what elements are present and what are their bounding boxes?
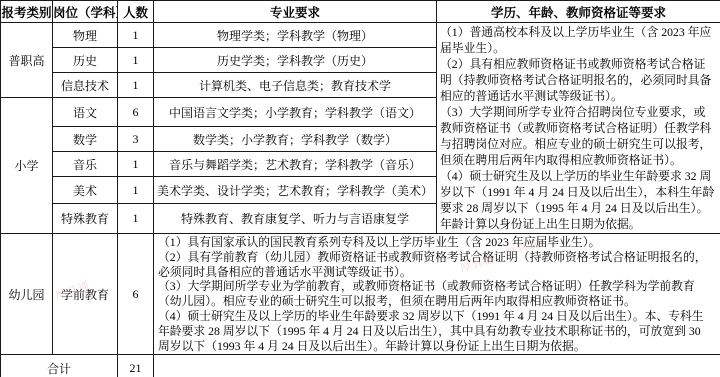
requirement-item-3: （3）大学期间所学专业符合招聘岗位专业要求，或教师资格证书（或教师资格考试合格证… — [440, 104, 716, 168]
kindergarten-requirement-2: （2）具有学前教育（幼儿园）教师资格证书或教师资格考试合格证明（持教师资格考试合… — [158, 250, 715, 280]
table-row-total: 合计 21 — [1, 355, 720, 377]
recruitment-table-page: 报考类别 岗位（学科） 人数 专业要求 学历、年龄、教师资格证等要求 普职高 物… — [0, 0, 720, 377]
position-special-ed: 特殊教育 — [53, 204, 118, 234]
count-it: 1 — [118, 73, 154, 98]
table-row-kindergarten: 幼儿园 学前教育 6 （1）具有国家承认的国民教育系列专科及以上学历毕业生（含 … — [1, 234, 720, 355]
count-special-ed: 1 — [118, 204, 154, 234]
major-it: 计算机类、电子信息类；教育技术学 — [154, 73, 437, 98]
header-position: 岗位（学科） — [53, 1, 118, 23]
header-category: 报考类别 — [1, 1, 53, 23]
kindergarten-requirement-3: （3）大学期间所学专业为学前教育，或教师资格证书（或教师资格考试合格证明）任教学… — [158, 279, 715, 309]
position-preschool: 学前教育 — [53, 234, 118, 355]
count-math: 3 — [118, 127, 154, 152]
count-art: 1 — [118, 177, 154, 204]
count-chinese: 6 — [118, 98, 154, 127]
count-preschool: 6 — [118, 234, 154, 355]
category-primary: 小学 — [1, 98, 53, 234]
position-it: 信息技术 — [53, 73, 118, 98]
position-history: 历史 — [53, 48, 118, 73]
major-special-ed: 特殊教育、教育康复学、听力与言语康复学 — [154, 204, 437, 234]
position-physics: 物理 — [53, 23, 118, 48]
requirement-item-1: （1）普通高校本科及以上学历毕业生（含 2023 年应届毕业生）。 — [440, 24, 716, 56]
major-math: 数学类；小学教育；学科教学（数学） — [154, 127, 437, 152]
major-art: 美术学类、设计学类；艺术教育；学科教学（美术） — [154, 177, 437, 204]
count-physics: 1 — [118, 23, 154, 48]
major-chinese: 中国语言文学类；小学教育；学科教学（语文） — [154, 98, 437, 127]
category-kindergarten: 幼儿园 — [1, 234, 53, 355]
recruitment-positions-table: 报考类别 岗位（学科） 人数 专业要求 学历、年龄、教师资格证等要求 普职高 物… — [0, 0, 720, 377]
category-highschool: 普职高 — [1, 23, 53, 98]
header-count: 人数 — [118, 1, 154, 23]
count-music: 1 — [118, 152, 154, 177]
requirement-item-2: （2）具有相应教师资格证书或教师资格考试合格证明（持教师资格考试合格证明报名的，… — [440, 56, 716, 104]
position-art: 美术 — [53, 177, 118, 204]
total-empty-cell — [154, 355, 720, 377]
position-math: 数学 — [53, 127, 118, 152]
total-label: 合计 — [1, 355, 118, 377]
requirement-item-4: （4）硕士研究生及以上学历的毕业生年龄要求 32 周岁以下（1991 年 4 月… — [440, 168, 716, 232]
header-requirements: 学历、年龄、教师资格证等要求 — [437, 1, 720, 23]
table-header-row: 报考类别 岗位（学科） 人数 专业要求 学历、年龄、教师资格证等要求 — [1, 1, 720, 23]
position-music: 音乐 — [53, 152, 118, 177]
count-history: 1 — [118, 48, 154, 73]
kindergarten-requirements-cell: （1）具有国家承认的国民教育系列专科及以上学历毕业生（含 2023 年应届毕业生… — [154, 234, 720, 355]
major-physics: 物理学类；学科教学（物理） — [154, 23, 437, 48]
shared-requirements-cell: （1）普通高校本科及以上学历毕业生（含 2023 年应届毕业生）。 （2）具有相… — [437, 23, 720, 234]
kindergarten-requirement-1: （1）具有国家承认的国民教育系列专科及以上学历毕业生（含 2023 年应届毕业生… — [158, 235, 715, 250]
position-chinese: 语文 — [53, 98, 118, 127]
header-major: 专业要求 — [154, 1, 437, 23]
table-row: 普职高 物理 1 物理学类；学科教学（物理） （1）普通高校本科及以上学历毕业生… — [1, 23, 720, 48]
major-history: 历史学类；学科教学（历史） — [154, 48, 437, 73]
kindergarten-requirement-4: （4）硕士研究生及以上学历的毕业生年龄要求 32 周岁以下（1991 年 4 月… — [158, 309, 715, 353]
major-music: 音乐与舞蹈学类；艺术教育；学科教学（音乐） — [154, 152, 437, 177]
total-count: 21 — [118, 355, 154, 377]
